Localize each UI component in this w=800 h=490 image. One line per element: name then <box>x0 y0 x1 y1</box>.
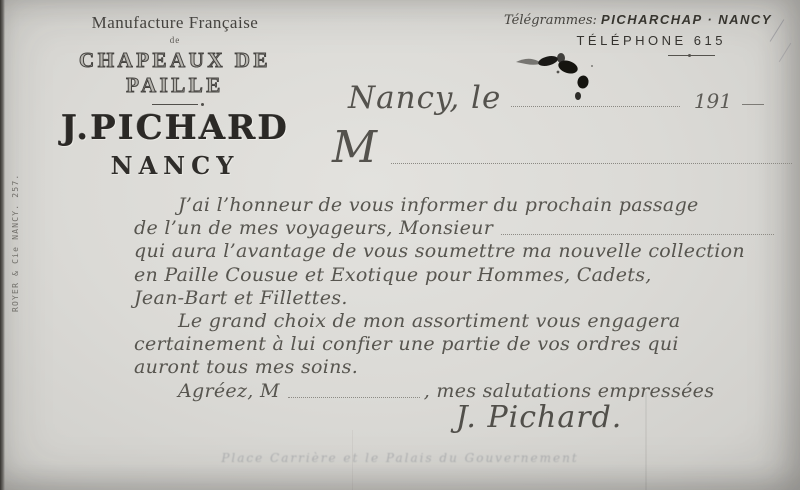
recipient-fill-in-blank <box>391 163 792 164</box>
signature: J. Pichard. <box>424 400 654 435</box>
letter-photo: ROYER & Cie NANCY. 257. Manufacture Fran… <box>0 0 800 490</box>
bleed-through-text: Place Carrière et le Palais du Gouvernem… <box>95 451 705 465</box>
year-fill-in-blank <box>742 104 764 105</box>
date-fill-in-blank <box>511 106 680 107</box>
company-name: J.PICHARD <box>30 108 320 148</box>
telegrams-value: PICHARCHAP · NANCY <box>601 12 772 27</box>
telegrams-line: Télégrammes: PICHARCHAP · NANCY <box>504 12 772 28</box>
pencil-mark <box>779 43 792 62</box>
dateline: Nancy, le 191 <box>348 80 764 116</box>
dateline-place: Nancy, le <box>348 80 501 116</box>
body-text: de l’un de mes voyageurs, Monsieur <box>134 217 493 240</box>
body-line: de l’un de mes voyageurs, Monsieur <box>134 217 778 240</box>
recipient-prefix: M <box>332 122 379 173</box>
letterhead: Manufacture Française de CHAPEAUX DE PAI… <box>30 13 320 180</box>
telegrams-label: Télégrammes: <box>504 13 597 28</box>
body-line: J’ai l’honneur de vous informer du proch… <box>134 194 778 217</box>
body-line: Le grand choix de mon assortiment vous e… <box>134 310 778 333</box>
letterhead-divider <box>152 104 198 105</box>
closing-prefix: Agréez, M <box>178 380 280 403</box>
body-line: auront tous mes soins. <box>134 356 778 379</box>
body-line: qui aura l’avantage de vous soumettre ma… <box>134 240 778 263</box>
printer-credit: ROYER & Cie NANCY. 257. <box>11 174 20 312</box>
contact-divider <box>668 55 715 56</box>
name-fill-in-blank <box>501 234 774 235</box>
letterhead-product: CHAPEAUX DE PAILLE <box>30 48 320 98</box>
letterhead-tagline-2: de <box>30 35 320 45</box>
photo-left-edge <box>0 0 5 490</box>
body-line: certainement à lui confier une partie de… <box>134 333 778 356</box>
letter-body: J’ai l’honneur de vous informer du proch… <box>134 194 778 403</box>
closing-fill-in-blank <box>288 397 420 398</box>
letterhead-tagline-1: Manufacture Française <box>30 13 320 33</box>
body-line: en Paille Cousue et Exotique pour Hommes… <box>134 264 778 287</box>
company-city: NANCY <box>30 151 320 180</box>
recipient-line: M <box>332 122 792 173</box>
dateline-year: 191 <box>694 89 732 113</box>
body-line: Jean-Bart et Fillettes. <box>134 287 778 310</box>
